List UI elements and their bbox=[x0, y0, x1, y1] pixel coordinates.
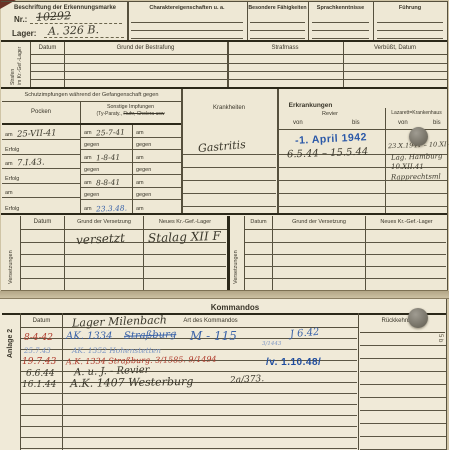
am-label: am bbox=[84, 206, 92, 212]
versetzungen-entry-grund: versetzt bbox=[76, 231, 126, 248]
sonstige-b-am2: am bbox=[133, 150, 181, 163]
pocken-row-erfolg1: Erfolg bbox=[2, 140, 80, 155]
card-right-edge bbox=[446, 299, 447, 450]
ruled-lines bbox=[31, 56, 447, 86]
revier-von-label: von bbox=[293, 120, 303, 127]
header-underline bbox=[30, 54, 447, 55]
versetzungen-right-col-datum: Datum bbox=[245, 219, 272, 225]
lager-value-handwritten: A. 326 B. bbox=[48, 23, 99, 38]
kommandos-title: Kommandos bbox=[160, 303, 310, 312]
anlage-side-label: Anlage 2 bbox=[7, 329, 14, 358]
lazarett-entry-3: 10.XII.41 bbox=[391, 163, 424, 171]
am-label: am bbox=[136, 155, 144, 161]
gegen-label: gegen bbox=[136, 192, 151, 198]
pocken-am2-value: 7.I.43. bbox=[16, 158, 44, 169]
gegen-label: gegen bbox=[136, 167, 151, 173]
versetzungen-entry-neues: Stalag XII F bbox=[148, 229, 221, 246]
col-fuehrung: Führung bbox=[375, 5, 445, 11]
kommandos-col-datum: Datum bbox=[22, 318, 61, 325]
section-border bbox=[2, 313, 447, 315]
edge-mark: 5 b bbox=[437, 334, 443, 342]
kommando-row2-art: AK. 1352 Hohenstetten bbox=[72, 346, 161, 355]
versetzungen-right-col-neues: Neues Kr.-Gef.-Lager bbox=[367, 219, 446, 225]
pocken-row-erfolg3: Erfolg bbox=[2, 198, 80, 213]
gegen-label: gegen bbox=[84, 142, 99, 148]
sonstige-b-am4: am bbox=[133, 200, 181, 213]
ruled-lines bbox=[183, 142, 276, 214]
lazarett-col-title: Lazarett=Krankenhaus bbox=[387, 111, 446, 117]
nr-label: Nr.: bbox=[14, 15, 27, 24]
divider bbox=[308, 2, 309, 40]
impfungen-col-sonstige: Sonstige Impfungen bbox=[82, 104, 179, 110]
sonstige-a-gegen2: gegen bbox=[81, 163, 132, 175]
strafen-col-strafmass: Strafmass bbox=[229, 45, 341, 52]
ruled-lines bbox=[312, 15, 369, 41]
ruled-lines bbox=[360, 333, 446, 450]
sonstige-sub-struck: Ruhr, Cholera usw bbox=[123, 111, 164, 117]
am-label: am bbox=[5, 190, 13, 196]
erfolg-label: Erfolg bbox=[5, 206, 19, 212]
am-label: am bbox=[5, 161, 13, 167]
sonstige-a-am1: am25-7-41 bbox=[81, 125, 132, 138]
sonstige-b-am3: am bbox=[133, 175, 181, 188]
kommando-row3-datum: 19.7.43 bbox=[22, 357, 56, 367]
kommando-row4-datum: 6.6.44 bbox=[26, 369, 55, 379]
pocken-row-am2: am7.I.43. bbox=[2, 155, 80, 169]
strafen-col-grund: Grund der Bestrafung bbox=[66, 45, 225, 52]
kommando-row3-stamp: /v. 1.10.48/ bbox=[266, 357, 321, 368]
card-right-edge bbox=[447, 2, 448, 290]
col-sprachkenntnisse: Sprachkenntnisse bbox=[310, 5, 371, 11]
versetzungen-left-col-neues: Neues Kr.-Gef.-Lager bbox=[145, 219, 225, 225]
lazarett-bis-label: bis bbox=[433, 120, 441, 127]
lazarett-entry-4: Rapprechtsml bbox=[391, 173, 441, 182]
erfolg-label: Erfolg bbox=[5, 147, 19, 153]
lazarett-von-label: von bbox=[398, 120, 408, 127]
col-charaktereigenschaften: Charaktereigenschaften u. a. bbox=[129, 5, 245, 11]
half-divider bbox=[227, 216, 230, 290]
kommando-row1-datum: 8-4-42 bbox=[24, 333, 53, 343]
am-label: am bbox=[84, 155, 92, 161]
lager-ruled-line bbox=[44, 37, 124, 38]
impfungen-col-sonstige-sub: (Ty-Paraty., Ruhr, Cholera usw bbox=[82, 112, 179, 118]
kommando-row5-datum: 16.1.44 bbox=[22, 380, 56, 390]
kommandos-col-rueckkehr: Rückkehrdatum bbox=[360, 318, 445, 325]
sonstige-am1-value: 25-7-41 bbox=[95, 127, 124, 137]
sonstige-b-gegen3: gegen bbox=[133, 188, 181, 200]
kommando-row1-art-b: M - 115 bbox=[190, 329, 237, 343]
impfungen-col-pocken: Pocken bbox=[4, 109, 78, 116]
versetzungen-left-col-datum: Datum bbox=[22, 219, 63, 226]
sonstige-sub-prefix: (Ty-Paraty., bbox=[97, 111, 124, 117]
am-label: am bbox=[136, 206, 144, 212]
impfungen-title: Schutzimpfungen während der Gefangenscha… bbox=[3, 92, 180, 98]
strafen-side-label-2: im Kr.-Gef.-Lager bbox=[17, 47, 23, 85]
divider bbox=[358, 313, 359, 450]
kommando-row1-art-struck: Straßburg bbox=[124, 329, 177, 342]
erkrankungen-title: Erkrankungen bbox=[283, 102, 338, 109]
versetzungen-left-col-grund: Grund der Versetzung bbox=[66, 219, 142, 225]
kommando-row1-art-a: AK. 1334 bbox=[66, 331, 113, 342]
nr-value-handwritten: 10292 bbox=[36, 9, 72, 24]
col-besondere-faehigkeiten: Besondere Fähigkeiten bbox=[248, 5, 307, 11]
sonstige-a-gegen3: gegen bbox=[81, 188, 132, 200]
versetzungen-right-col-grund: Grund der Versetzung bbox=[274, 219, 364, 225]
card-top-edge bbox=[0, 298, 449, 299]
card-top-edge bbox=[1, 1, 448, 2]
pow-card-scan: Beschriftung der Erkennungsmarke Nr.: 10… bbox=[0, 0, 449, 450]
am-label: am bbox=[136, 130, 144, 136]
sonstige-b-gegen1: gegen bbox=[133, 138, 181, 150]
am-label: am bbox=[136, 180, 144, 186]
revier-bis-label: bis bbox=[352, 120, 360, 127]
sonstige-a-am2: am1-8-41 bbox=[81, 150, 132, 163]
kommando-row5-art: A.K. 1407 Westerburg bbox=[70, 375, 194, 390]
section-border bbox=[1, 213, 448, 215]
strafen-side-label-1: Strafen bbox=[10, 69, 16, 85]
ruled-lines bbox=[377, 15, 443, 41]
sonstige-b-am1: am bbox=[133, 125, 181, 138]
kommando-row5-note: 2a/373. bbox=[230, 374, 265, 386]
am-label: am bbox=[84, 130, 92, 136]
gegen-label: gegen bbox=[136, 142, 151, 148]
sonstige-a-am3: am8-8-41 bbox=[81, 175, 132, 188]
gegen-label: gegen bbox=[84, 167, 99, 173]
section-border bbox=[1, 87, 448, 89]
am-label: am bbox=[84, 180, 92, 186]
kommando-row2-datum: 25.7.43 bbox=[24, 347, 51, 355]
hole-punch bbox=[408, 308, 428, 328]
sonstige-a-gegen1: gegen bbox=[81, 138, 132, 150]
pocken-row-erfolg2: Erfolg bbox=[2, 169, 80, 184]
revier-col-title: Revier bbox=[300, 111, 360, 117]
ruled-lines bbox=[250, 15, 305, 41]
versetzungen-right-side-label: Versetzungen bbox=[233, 250, 239, 284]
sonstige-am2-value: 1-8-41 bbox=[95, 153, 119, 163]
ruled-lines bbox=[131, 15, 243, 41]
am-label: am bbox=[5, 132, 13, 138]
divider bbox=[2, 101, 181, 102]
gegen-label: gegen bbox=[84, 192, 99, 198]
lager-label: Lager: bbox=[12, 29, 36, 38]
strafen-col-datum: Datum bbox=[32, 45, 63, 52]
hole-punch bbox=[409, 127, 428, 146]
divider bbox=[373, 2, 374, 40]
kommando-row2-note: 3/1443 bbox=[262, 341, 281, 347]
ruled-lines bbox=[245, 231, 446, 286]
pocken-row-am3: am bbox=[2, 184, 80, 198]
sonstige-a-am4: am23.3.48. bbox=[81, 200, 132, 213]
sonstige-b-gegen2: gegen bbox=[133, 163, 181, 175]
section-border bbox=[1, 40, 448, 42]
krankheiten-col-title: Krankheiten bbox=[183, 105, 275, 112]
pocken-row-am1: am25-VII-41 bbox=[2, 126, 80, 140]
header-underline bbox=[244, 229, 447, 230]
sonstige-am3-value: 8-8-41 bbox=[95, 178, 119, 188]
strafen-col-verbuesst: Verbüßt, Datum bbox=[345, 45, 445, 52]
versetzungen-left-side-label: Versetzungen bbox=[8, 250, 14, 284]
pocken-am1-value: 25-VII-41 bbox=[16, 128, 56, 139]
erfolg-label: Erfolg bbox=[5, 176, 19, 182]
